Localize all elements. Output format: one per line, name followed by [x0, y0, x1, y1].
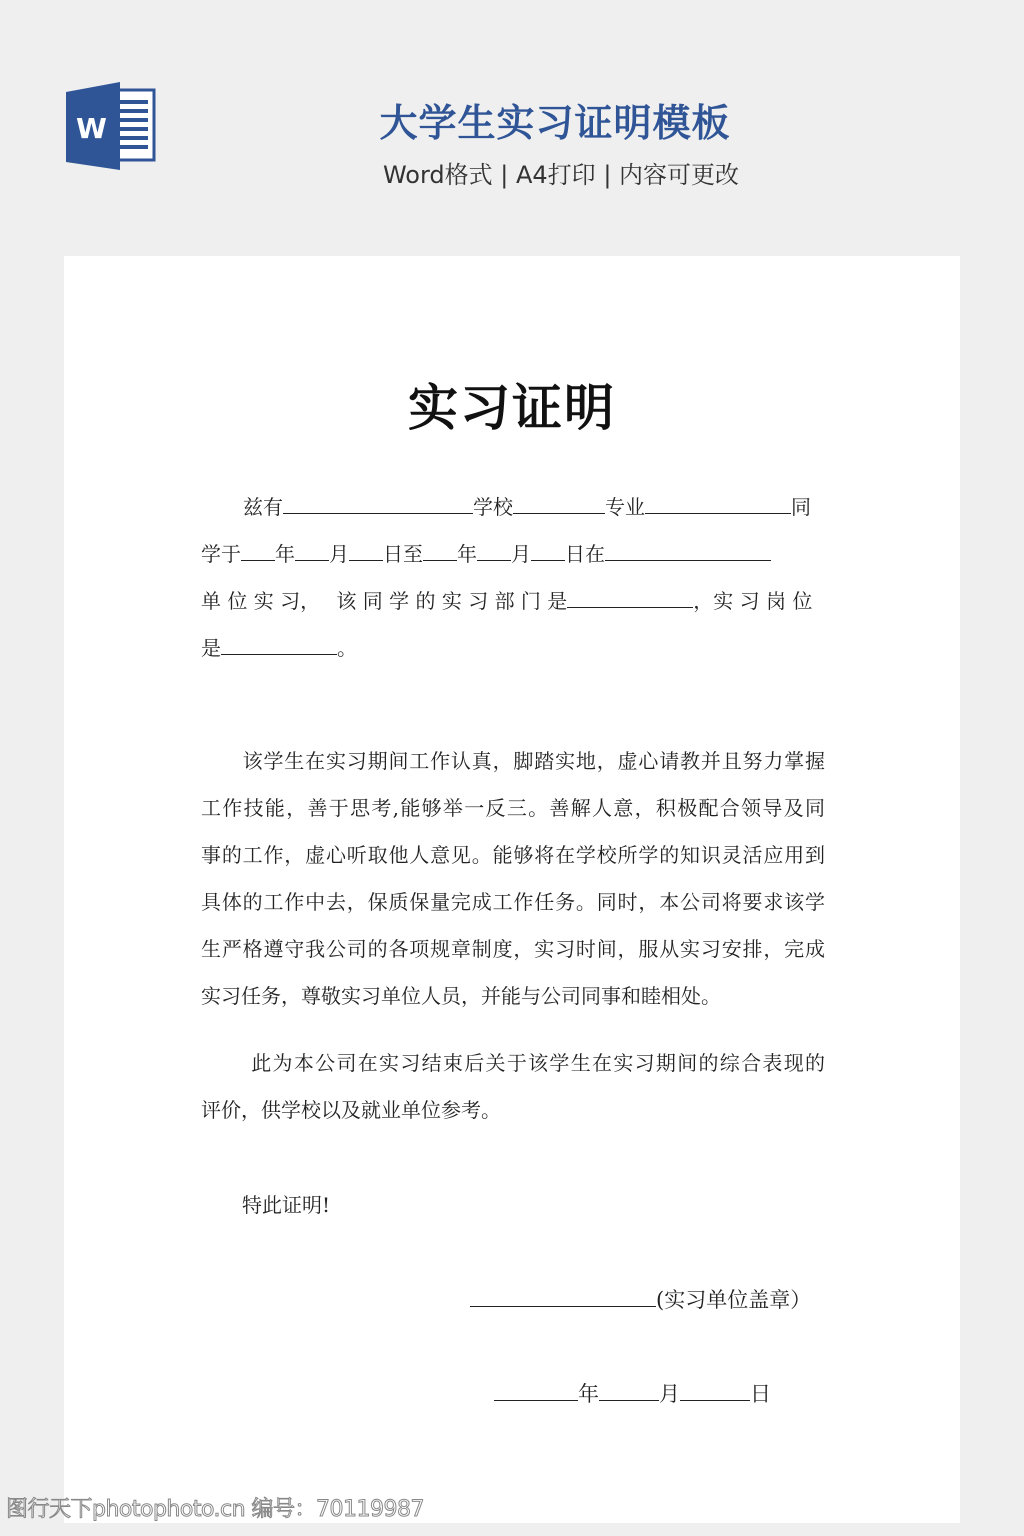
- closing-text: 特此证明!: [242, 1182, 866, 1229]
- company-blank[interactable]: [605, 534, 771, 561]
- department-blank[interactable]: [567, 581, 693, 608]
- text: 月: [659, 1382, 680, 1406]
- date-day-blank[interactable]: [680, 1374, 750, 1401]
- text: 。: [337, 636, 357, 660]
- date-month-blank[interactable]: [599, 1374, 659, 1401]
- major-blank[interactable]: [513, 487, 605, 514]
- text: 专业: [605, 495, 645, 519]
- text: 同: [791, 495, 811, 519]
- evaluation-line: 生严格遵守我公司的各项规章制度，实习时间，服从实习安排，完成: [201, 926, 825, 973]
- page-header-title: 大学生实习证明模板: [0, 92, 1024, 147]
- evaluation-line: 事的工作，虚心听取他人意见。能够将在学校所学的知识灵活应用到: [201, 832, 825, 879]
- intro-line-3: 单 位 实 习， 该 同 学 的 实 习 部 门 是，实 习 岗 位: [201, 578, 825, 625]
- seal-line: (实习单位盖章）: [470, 1280, 811, 1314]
- text: 单 位 实 习， 该 同 学 的 实 习 部 门 是: [201, 589, 567, 613]
- paragraph-reference: 此为本公司在实习结束后关于该学生在实习期间的综合表现的 评价，供学校以及就业单位…: [201, 1040, 825, 1134]
- text: 日: [750, 1382, 771, 1406]
- paragraph-evaluation: 该学生在实习期间工作认真，脚踏实地，虚心请教并且努力掌握 工作技能，善于思考,能…: [201, 738, 825, 1020]
- text: 学校: [473, 495, 513, 519]
- text: ，实 习 岗 位: [693, 589, 812, 613]
- reference-line: 此为本公司在实习结束后关于该学生在实习期间的综合表现的: [201, 1040, 825, 1087]
- start-day-blank[interactable]: [349, 534, 383, 561]
- paragraph-intro: 兹有学校专业同 学于年月日至年月日在 单 位 实 习， 该 同 学 的 实 习 …: [201, 484, 825, 672]
- date-year-blank[interactable]: [494, 1374, 578, 1401]
- end-year-blank[interactable]: [423, 534, 457, 561]
- text: 学于: [201, 542, 241, 566]
- intro-line-4: 是。: [201, 625, 825, 672]
- intro-line-2: 学于年月日至年月日在: [201, 531, 825, 578]
- document-title: 实习证明: [64, 368, 960, 440]
- start-month-blank[interactable]: [295, 534, 329, 561]
- seal-blank[interactable]: [470, 1280, 656, 1307]
- document-page: 实习证明 兹有学校专业同 学于年月日至年月日在 单 位 实 习， 该 同 学 的…: [64, 256, 960, 1523]
- text: 日至: [383, 542, 423, 566]
- date-line: 年月日: [494, 1374, 771, 1408]
- school-blank[interactable]: [283, 487, 473, 514]
- text: 年: [275, 542, 295, 566]
- watermark-text: 图行天下photophoto.cn 编号：70119987: [6, 1492, 424, 1523]
- end-month-blank[interactable]: [477, 534, 511, 561]
- evaluation-line: 工作技能，善于思考,能够举一反三。善解人意，积极配合领导及同: [201, 785, 825, 832]
- text: 年: [457, 542, 477, 566]
- page-header-subtitle: Word格式 | A4打印 | 内容可更改: [0, 155, 1024, 190]
- text: 兹有: [243, 495, 283, 519]
- text: 月: [329, 542, 349, 566]
- text: 日在: [565, 542, 605, 566]
- seal-label: (实习单位盖章）: [656, 1288, 811, 1312]
- evaluation-line: 该学生在实习期间工作认真，脚踏实地，虚心请教并且努力掌握: [201, 738, 825, 785]
- text: 年: [578, 1382, 599, 1406]
- evaluation-line: 实习任务，尊敬实习单位人员，并能与公司同事和睦相处。: [201, 973, 825, 1020]
- reference-line: 评价，供学校以及就业单位参考。: [201, 1087, 825, 1134]
- evaluation-line: 具体的工作中去，保质保量完成工作任务。同时，本公司将要求该学: [201, 879, 825, 926]
- text: 是: [201, 636, 221, 660]
- end-day-blank[interactable]: [531, 534, 565, 561]
- position-blank[interactable]: [221, 628, 337, 655]
- intro-line-1: 兹有学校专业同: [201, 484, 825, 531]
- name-blank[interactable]: [645, 487, 791, 514]
- start-year-blank[interactable]: [241, 534, 275, 561]
- text: 月: [511, 542, 531, 566]
- closing-line: 特此证明!: [242, 1182, 866, 1229]
